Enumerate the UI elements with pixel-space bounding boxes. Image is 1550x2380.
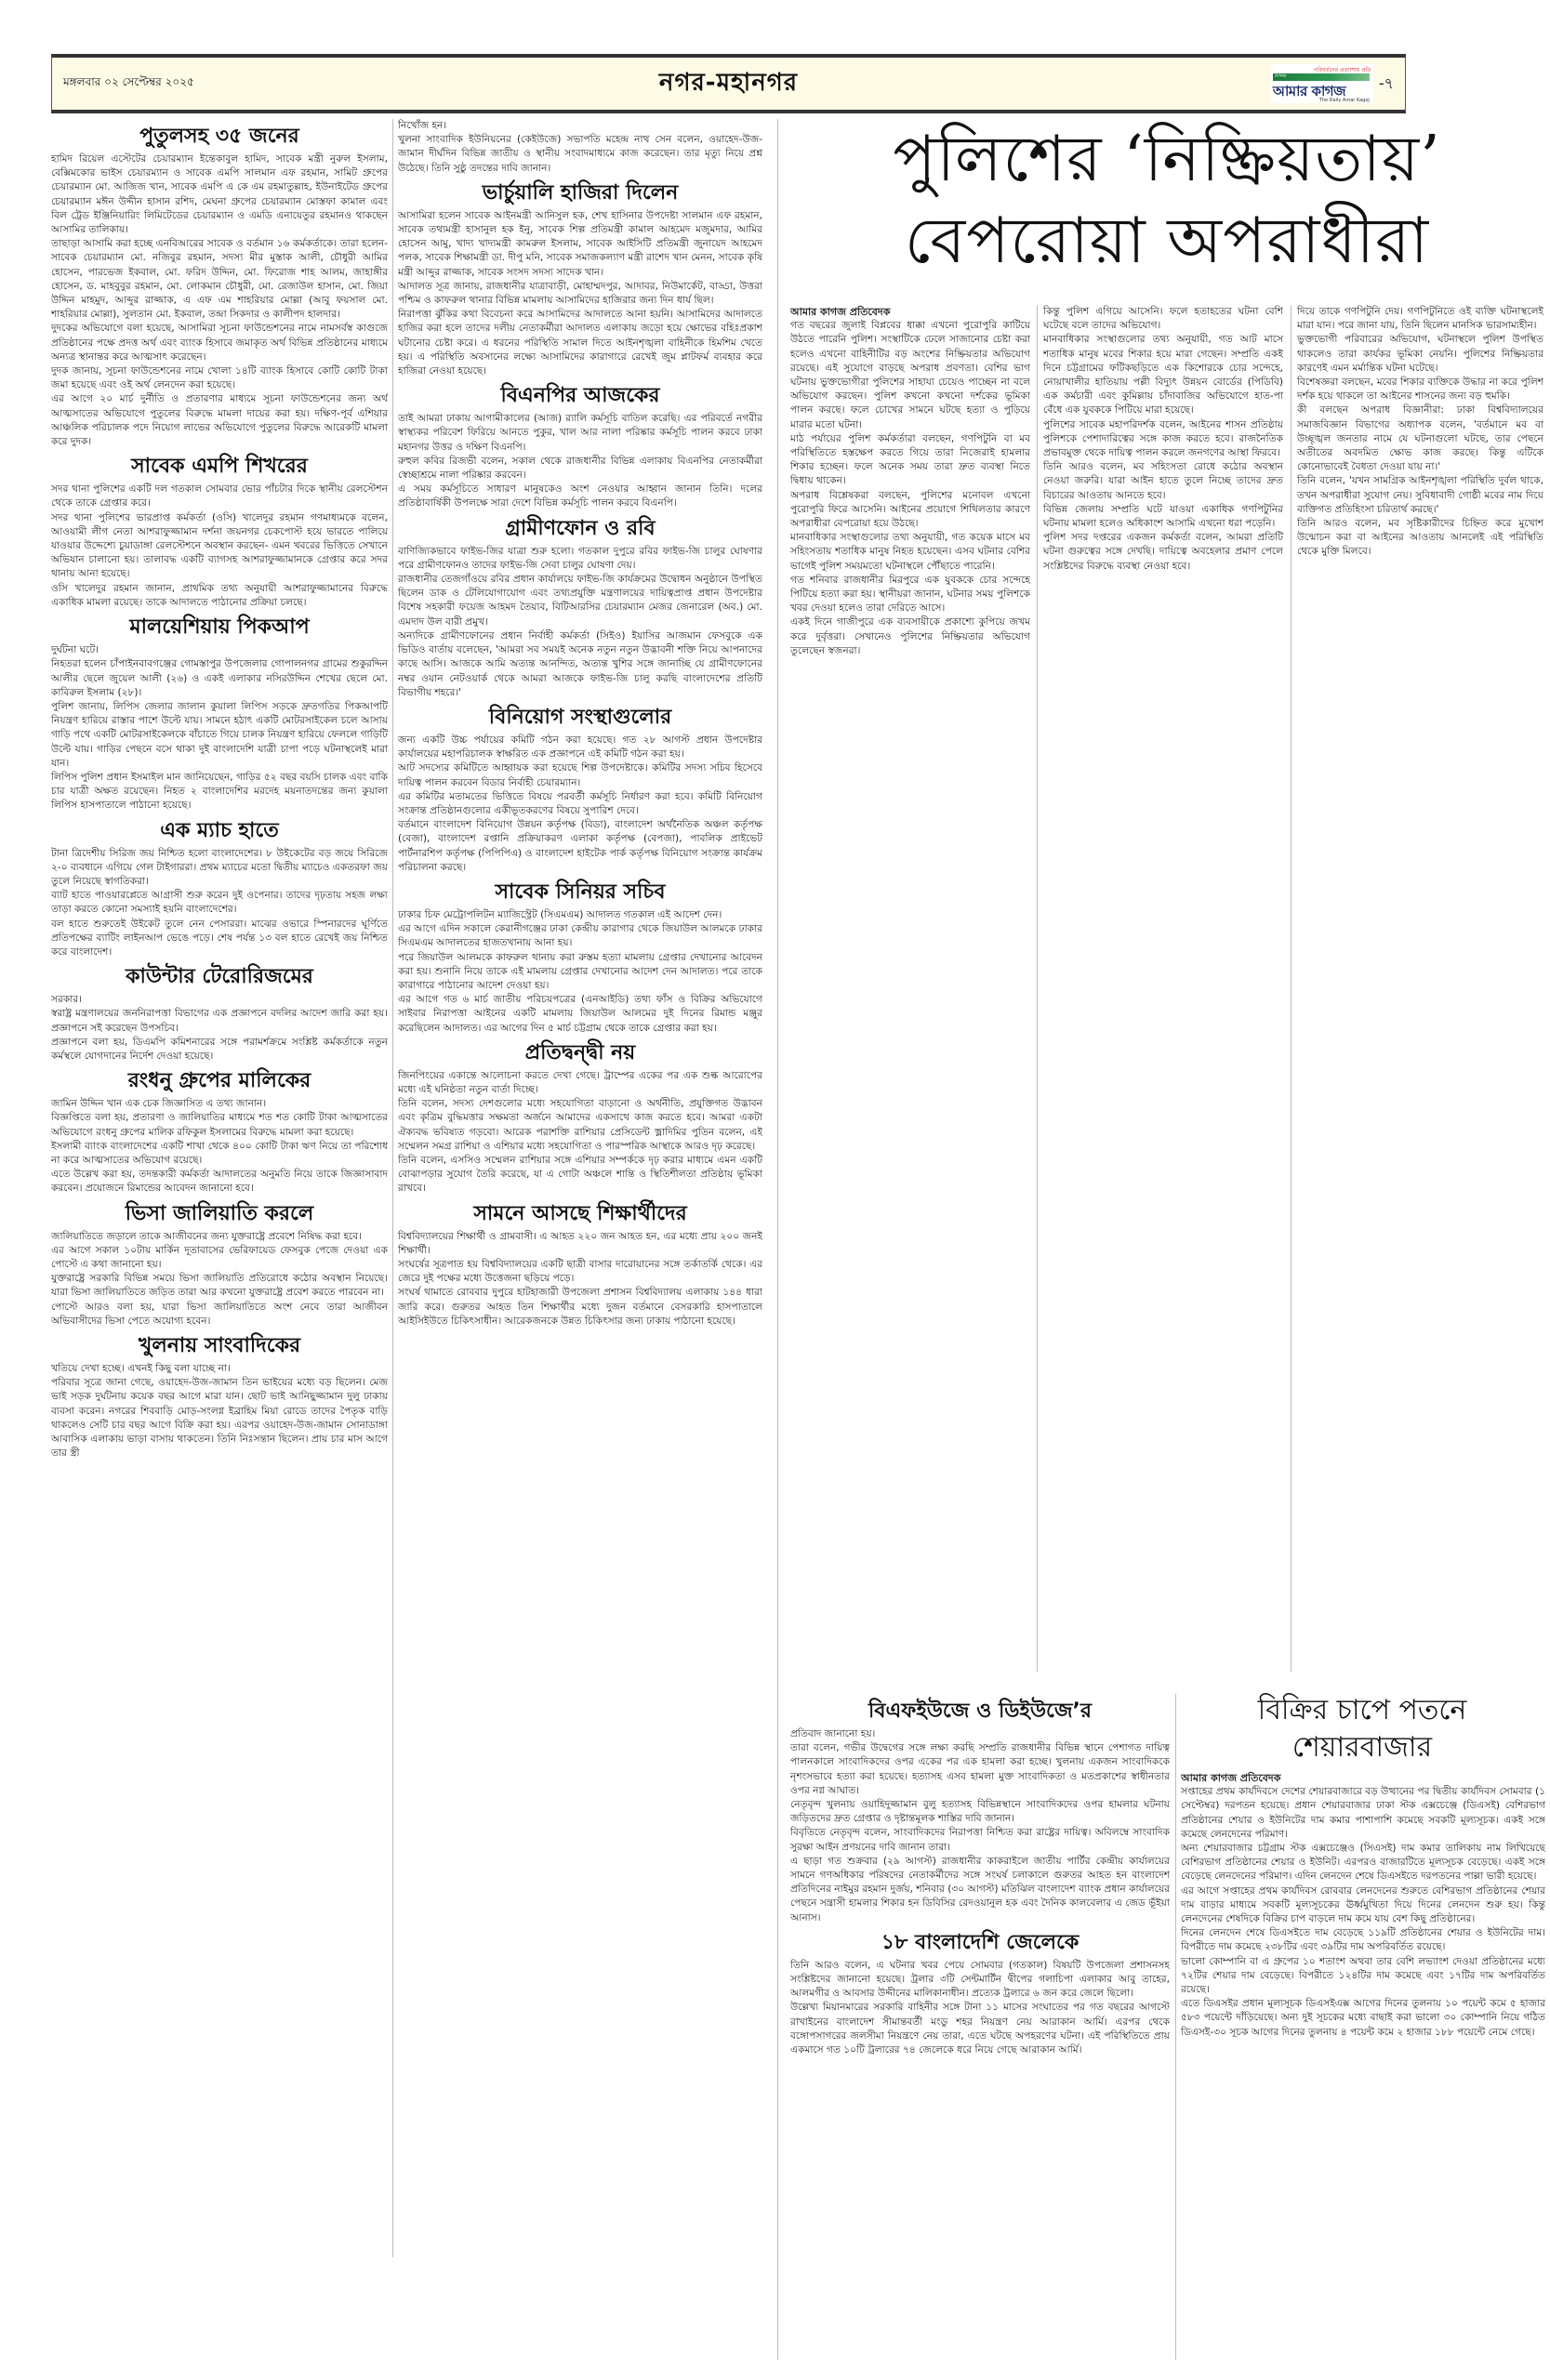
lead-headline: পুলিশের ‘নিষ্ক্রিয়তায়’ বেপরোয়া অপরাধী… (790, 119, 1543, 283)
story-headline: সাবেক সিনিয়র সচিব (398, 879, 762, 906)
story-paragraph: এর আগে সকাল ১০টায় মার্কিন দূতাবাসের ভের… (51, 1244, 388, 1272)
story-paragraph: ভালো কোম্পানি বা এ গ্রুপের ১০ শতাংশ অথবা… (1181, 1955, 1545, 1998)
story-paragraph: এর আগে গত ৬ মার্চ জাতীয় পরিচয়পত্রের (এ… (398, 993, 762, 1036)
story-rangdhanu: রংধনু গ্রুপের মালিকের জামিন উদ্দিন খান এ… (51, 1067, 388, 1196)
newspaper-logo: পরিবর্তনের প্রত্যাশায় প্রতি দৈনিক আমার … (1271, 64, 1373, 103)
story-paragraph: বিজ্ঞপ্তিতে বলা হয়, প্রতারণা ও জালিয়াত… (51, 1111, 388, 1139)
lead-headline-line1: পুলিশের ‘নিষ্ক্রিয়তায়’ (790, 119, 1543, 201)
story-paragraph: তিনি বলেন, এসসিও সম্মেলন রাশিয়ার সঙ্গে … (398, 1154, 762, 1197)
story-khulna-continued: নিখোঁজ হন। খুলনা সাংবাদিক ইউনিয়নের (কেই… (398, 119, 762, 176)
story-paragraph: পোস্টে আরও বলা হয়, যারা ভিসা জালিয়াতিত… (51, 1301, 388, 1329)
story-paragraph: ইসলামী ব্যাংক বাংলাদেশের একটি শাখা থেকে … (51, 1140, 388, 1168)
story-5g: গ্রামীণফোন ও রবি বাণিজ্যিকভাবে ফাইভ-জির … (398, 515, 762, 700)
lead-headline-line2: বেপরোয়া অপরাধীরা (790, 201, 1543, 283)
story-headline: রংধনু গ্রুপের মালিকের (51, 1067, 388, 1095)
story-headline: ভার্চুয়ালি হাজিরা দিলেন (398, 179, 762, 207)
story-paragraph: এতে ডিএসইর প্রধান মূল্যসূচক ডিএসইএক্স আগ… (1181, 1997, 1545, 2040)
story-paragraph: দুর্ঘটনা ঘটে। (51, 643, 388, 657)
story-paragraph: ব্যাট হাতে পাওয়ারপ্লেতে আগ্রাসী শুরু কর… (51, 889, 388, 917)
story-headline: খুলনায় সাংবাদিকের (51, 1332, 388, 1360)
story-paragraph: প্রতিবাদ জানানো হয়। (790, 1727, 1170, 1741)
story-paragraph: গত বছরের জুলাই বিপ্লবের ধাক্কা এখনো পুরো… (790, 319, 1030, 432)
story-paragraph: বল হাতে শুরুতেই উইকেট তুলে নেন পেসাররা। … (51, 918, 388, 960)
story-headline: ভিসা জালিয়াতি করলে (51, 1200, 388, 1228)
column-divider (392, 119, 393, 2257)
story-headline: গ্রামীণফোন ও রবি (398, 515, 762, 543)
story-headline: কাউন্টার টেরোরিজমের (51, 963, 388, 991)
story-headline: প্রতিদ্বন্দ্বী নয় (398, 1039, 762, 1067)
column-3-bottom: বিএফইউজে ও ডিইউজে’র প্রতিবাদ জানানো হয়।… (790, 1694, 1170, 2363)
story-paragraph: মানবাধিকার সংস্থাগুলোর তথ্য অনুযায়ী, গত… (790, 531, 1030, 574)
story-investment: বিনিয়োগ সংস্থাগুলোর জন্য একটি উচ্চ পর্য… (398, 704, 762, 875)
story-paragraph: পরিবার সূত্রে জানা গেছে, ওয়াহেদ-উজ-জামা… (51, 1376, 388, 1461)
story-paragraph: ভুক্তভোগী পরিবারের অভিযোগ, ঘটনাস্থলে পুল… (1297, 333, 1543, 376)
story-bfuj: বিএফইউজে ও ডিইউজে’র প্রতিবাদ জানানো হয়।… (790, 1698, 1170, 1925)
story-paragraph: রাজধানীর তেজগাঁওয়ে রবির প্রধান কার্যালয… (398, 573, 762, 629)
lead-story-column-3: দিয়ে তাকে গণপিটুনি দেয়। গণপিটুনিতে ওই … (1297, 305, 1543, 1686)
story-paragraph: সদর থানা পুলিশের একটি দল গতকাল সোমবার ভো… (51, 483, 388, 510)
story-paragraph: স্বরাষ্ট্র মন্ত্রণালয়ের জননিরাপত্তা বিভ… (51, 1007, 388, 1035)
story-paragraph: বিশেষজ্ঞরা বলছেন, মবের শিকার ব্যক্তিকে উ… (1297, 376, 1543, 403)
story-not-rival: প্রতিদ্বন্দ্বী নয় জিনপিংয়ের একান্তে আল… (398, 1039, 762, 1197)
story-paragraph: আসামিরা হলেন সাবেক আইনমন্ত্রী আনিসুল হক,… (398, 209, 762, 280)
story-paragraph: সংঘর্ষ থামাতে রোববার দুপুরে হাটহাজারী উপ… (398, 1286, 762, 1329)
story-paragraph: তিনি বলেন, সদস্য দেশগুলোর মধ্যে সহযোগিতা… (398, 1097, 762, 1154)
page-number: -৭ (1379, 72, 1394, 97)
story-paragraph: সপ্তাহের প্রথম কার্যদিবসে দেশের শেয়ারবা… (1181, 1785, 1545, 1842)
story-paragraph: মাঠ পর্যায়ের পুলিশ কর্মকর্তারা বলছেন, গ… (790, 432, 1030, 489)
story-paragraph: পুলিশ জানায়, লিপিস জেলার জালান কুয়ালা … (51, 700, 388, 771)
story-students: সামনে আসছে শিক্ষার্থীদের বিশ্ববিদ্যালয়ে… (398, 1200, 762, 1329)
story-paragraph: তাই আমরা ঢাকায় আগামীকালের (আজ) র‌্যালি … (398, 412, 762, 455)
story-paragraph: একই দিনে গাজীপুরে এক ব্যবসায়ীকে প্রকাশ্… (790, 615, 1030, 658)
story-paragraph: তাছাড়া আসামি করা হচ্ছে এনবিআরের সাবেক ও… (51, 237, 388, 322)
story-paragraph: এর আগে ২০ মার্চ দুর্নীতি ও প্রতারণার মাধ… (51, 392, 388, 449)
story-headline: পুতুলসহ ৩৫ জনের (51, 123, 388, 151)
logo-english: The Daily Amar Kagoj (1319, 98, 1370, 103)
story-paragraph: রুহুল কবির রিজভী বলেন, সকাল থেকে রাজধানী… (398, 455, 762, 483)
column-1: পুতুলসহ ৩৫ জনের হামিদ রিয়েল এস্টেটের চে… (51, 119, 388, 2257)
story-paragraph: জন্য একটি উচ্চ পর্যায়ের কমিটি গঠন করা হ… (398, 734, 762, 761)
section-title: নগর-মহানগর (659, 63, 798, 104)
share-headline: বিক্রির চাপে পতনে শেয়ারবাজার (1181, 1692, 1543, 1766)
story-fishermen: ১৮ বাংলাদেশি জেলেকে তিনি আরও বলেন, এ ঘটন… (790, 1929, 1170, 2057)
story-khulna-journalist: খুলনায় সাংবাদিকের খতিয়ে দেখা হচ্ছে। এখ… (51, 1332, 388, 1461)
story-paragraph: নিখোঁজ হন। (398, 119, 762, 133)
story-paragraph: কী বলছেন অপরাধ বিজ্ঞানীরা: ঢাকা বিশ্ববিদ… (1297, 403, 1543, 474)
story-paragraph: তারা বলেন, গভীর উদ্বেগের সঙ্গে লক্ষ্য কর… (790, 1741, 1170, 1798)
story-paragraph: জিনপিংয়ের একান্তে আলোচনা করতে দেখা গেছে… (398, 1069, 762, 1097)
story-paragraph: এ ছাড়া গত শুক্রবার (২৯ আগস্ট) রাজধানীর … (790, 1855, 1170, 1925)
story-headline: সাবেক এমপি শিখরের (51, 453, 388, 481)
logo-skyline-icon: দৈনিক (1273, 73, 1370, 81)
story-headline: এক ম্যাচ হাতে (51, 817, 388, 845)
story-paragraph: তিনি বলেন, 'যখন সামগ্রিক আইনশৃঙ্খলা পরিস… (1297, 474, 1543, 517)
story-cricket: এক ম্যাচ হাতে টানা ত্রিদেশীয় সিরিজ জয় … (51, 817, 388, 960)
story-paragraph: জামিন উদ্দিন খান এক চেক জিজ্ঞাসিত এ তথ্য… (51, 1097, 388, 1111)
share-headline-line2: শেয়ারবাজার (1181, 1729, 1543, 1766)
story-paragraph: দিয়ে তাকে গণপিটুনি দেয়। গণপিটুনিতে ওই … (1297, 305, 1543, 333)
story-paragraph: সংঘর্ষের সূত্রপাত হয় বিশ্ববিদ্যালয়ের এ… (398, 1258, 762, 1286)
story-paragraph: বাণিজ্যিকভাবে ফাইভ-জির যাত্রা শুরু হলো। … (398, 545, 762, 573)
story-paragraph: এর কমিটির মতামতের ভিত্তিতে বিষয়ে পরবর্ত… (398, 790, 762, 818)
story-paragraph: তিনি আরও বলেন, এ ঘটনার খবর পেয়ে সোমবার … (790, 1959, 1170, 2002)
story-paragraph: পরে জিয়াউল আলমকে কাফরুল থানায় করা রুস্… (398, 951, 762, 994)
story-paragraph: এতে উল্লেখ করা হয়, তদন্তকারী কর্মকর্তা … (51, 1168, 388, 1196)
story-shikhor: সাবেক এমপি শিখরের সদর থানা পুলিশের একটি … (51, 453, 388, 610)
story-paragraph: অন্যদিকে গ্রামীণফোনের প্রধান নির্বাহী কর… (398, 629, 762, 700)
brand-block: পরিবর্তনের প্রত্যাশায় প্রতি দৈনিক আমার … (1152, 64, 1394, 103)
story-paragraph: দিনের লেনদেন শেষে ডিএসইতে দাম বেড়েছে ১১… (1181, 1926, 1545, 1954)
logo-strip-label: দৈনিক (1275, 73, 1287, 81)
story-paragraph: বিবৃতিতে নেতৃবৃন্দ বলেন, সাংবাদিকদের নির… (790, 1826, 1170, 1854)
story-headline: ১৮ বাংলাদেশি জেলেকে (790, 1929, 1170, 1957)
story-paragraph: আদালত সূত্র জানায়, রাজধানীর যাত্রাবাড়ী… (398, 280, 762, 308)
lead-story-column-2: কিন্তু পুলিশ এগিয়ে আসেনি। ফলে হতাহতের ঘ… (1043, 305, 1283, 1686)
share-headline-line1: বিক্রির চাপে পতনে (1181, 1692, 1543, 1729)
story-paragraph: প্রজ্ঞাপনে বলা হয়, ডিএমপি কমিশনারের সঙ্… (51, 1036, 388, 1064)
story-paragraph: আট সদস্যের কমিটিতে আহ্বায়ক করা হয়েছে শ… (398, 761, 762, 789)
story-headline: মালয়েশিয়ায় পিকআপ (51, 614, 388, 641)
story-paragraph: এর আগে সপ্তাহের প্রথম কার্যদিবস রোববার ল… (1181, 1884, 1545, 1927)
byline: আমার কাগজ প্রতিবেদক (790, 305, 1030, 319)
story-headline: বিএফইউজে ও ডিইউজে’র (790, 1698, 1170, 1725)
story-senior-secretary: সাবেক সিনিয়র সচিব ঢাকার চিফ মেট্রোপলিটন… (398, 879, 762, 1036)
story-paragraph: এ সময় কর্মসূচিতে সাধারণ মানুষকেও অংশ নে… (398, 483, 762, 510)
share-story-body: আমার কাগজ প্রতিবেদক সপ্তাহের প্রথম কার্য… (1181, 1771, 1545, 2366)
story-paragraph: টানা ত্রিদেশীয় সিরিজ জয় নিশ্চিত হলো বা… (51, 847, 388, 890)
story-paragraph: এর আগে এদিন সকালে কেরানীগঞ্জের ঢাকা কেন্… (398, 922, 762, 950)
story-virtual-hearing: ভার্চুয়ালি হাজিরা দিলেন আসামিরা হলেন সা… (398, 179, 762, 378)
story-paragraph: তিনি আরও বলেন, মব সৃষ্টিকারীদের চিহ্নিত … (1297, 517, 1543, 560)
story-paragraph: সরকার। (51, 993, 388, 1007)
story-paragraph: দুদক জানায়, সূচনা ফাউন্ডেশনের নামে খোলা… (51, 364, 388, 392)
story-paragraph: নেতৃবৃন্দ খুলনায় ওয়াহিদুজ্জামান বুলু হ… (790, 1798, 1170, 1826)
story-paragraph: বর্তমানে বাংলাদেশ বিনিয়োগ উন্নয়ন কর্তৃ… (398, 818, 762, 875)
story-malaysia: মালয়েশিয়ায় পিকআপ দুর্ঘটনা ঘটে। নিহতরা… (51, 614, 388, 813)
story-paragraph: লিপিস পুলিশ প্রধান ইসমাইল মান জানিয়েছেন… (51, 771, 388, 813)
story-paragraph: খুলনা সাংবাদিক ইউনিয়নের (কেইউজে) সভাপতি… (398, 133, 762, 176)
story-paragraph: সদর থানা পুলিশের ভারপ্রাপ্ত কর্মকর্তা (ও… (51, 511, 388, 582)
column-divider (1291, 305, 1292, 1672)
story-paragraph: ঢাকার চিফ মেট্রোপলিটন ম্যাজিস্ট্রেট (সিএ… (398, 908, 762, 922)
story-bnp: বিএনপির আজকের তাই আমরা ঢাকায় আগামীকালের… (398, 382, 762, 510)
lead-story-column-1: আমার কাগজ প্রতিবেদক গত বছরের জুলাই বিপ্ল… (790, 305, 1030, 1686)
column-divider (777, 119, 778, 2360)
story-putul: পুতুলসহ ৩৫ জনের হামিদ রিয়েল এস্টেটের চে… (51, 123, 388, 449)
story-paragraph: অন্য শেয়ারবাজার চট্টগ্রাম স্টক এক্সচেঞ্… (1181, 1842, 1545, 1884)
story-headline: বিএনপির আজকের (398, 382, 762, 410)
story-paragraph: বিভিন্ন জেলায় সম্প্রতি ঘটে যাওয়া একাধি… (1043, 503, 1283, 531)
story-paragraph: খতিয়ে দেখা হচ্ছে। এখনই কিছু বলা যাচ্ছে … (51, 1362, 388, 1376)
story-paragraph: উল্লেখ্য মিয়ানমারের সরকারি বাহিনীর সঙ্গ… (790, 2001, 1170, 2057)
column-divider (1175, 1694, 1176, 2360)
page-masthead: মঙ্গলবার ০২ সেপ্টেম্বর ২০২৫ নগর-মহানগর প… (51, 54, 1406, 113)
story-paragraph: মানবাধিকার সংস্থাগুলোর তথ্য অনুযায়ী, গত… (1043, 333, 1283, 417)
story-paragraph: যুক্তরাষ্ট্রে সরকারি বিভিন্ন সময়ে ভিসা … (51, 1272, 388, 1300)
column-2: নিখোঁজ হন। খুলনা সাংবাদিক ইউনিয়নের (কেই… (398, 119, 762, 2267)
story-paragraph: ওসি খালেদুর রহমান জানান, প্রাথমিক তথ্য অ… (51, 582, 388, 610)
story-paragraph: অপরাধ বিশ্লেষকরা বলছেন, পুলিশের মনোবল এখ… (790, 489, 1030, 532)
story-headline: সামনে আসছে শিক্ষার্থীদের (398, 1200, 762, 1228)
story-paragraph: পুলিশ সদর দপ্তরের একজন কর্মকর্তা বলেন, আ… (1043, 531, 1283, 574)
story-paragraph: দুদকের অভিযোগে বলা হয়েছে, আসামিরা সূচনা… (51, 322, 388, 364)
byline: আমার কাগজ প্রতিবেদক (1181, 1771, 1545, 1785)
issue-date: মঙ্গলবার ০২ সেপ্টেম্বর ২০২৫ (63, 74, 305, 93)
story-paragraph: পুলিশের সাবেক মহাপরিদর্শক বলেন, আইনের শা… (1043, 418, 1283, 461)
story-headline: বিনিয়োগ সংস্থাগুলোর (398, 704, 762, 732)
story-paragraph: জালিয়াতিতে জড়ালে তাকে আজীবনের জন্য যুক… (51, 1230, 388, 1244)
story-paragraph: হামিদ রিয়েল এস্টেটের চেয়ারম্যান ইন্তেক… (51, 152, 388, 237)
story-paragraph: বিশ্ববিদ্যালয়ের শিক্ষার্থী ও গ্রামবাসী।… (398, 1230, 762, 1258)
story-paragraph: নিহতরা হলেন চাঁপাইনবাবগঞ্জের গোমস্তাপুর … (51, 657, 388, 700)
story-paragraph: তিনি আরও বলেন, মব সহিংসতা রোধে কঠোর অবস্… (1043, 460, 1283, 503)
story-visa: ভিসা জালিয়াতি করলে জালিয়াতিতে জড়ালে ত… (51, 1200, 388, 1329)
column-divider (1037, 305, 1038, 1672)
story-paragraph: কিন্তু পুলিশ এগিয়ে আসেনি। ফলে হতাহতের ঘ… (1043, 305, 1283, 333)
story-paragraph: নিরাপত্তা ঝুঁকির কথা বিবেচনা করে আসামিদে… (398, 308, 762, 378)
story-paragraph: গত শনিবার রাজধানীর মিরপুরে এক যুবককে চোর… (790, 574, 1030, 616)
story-counter-terrorism: কাউন্টার টেরোরিজমের সরকার। স্বরাষ্ট্র মন… (51, 963, 388, 1064)
